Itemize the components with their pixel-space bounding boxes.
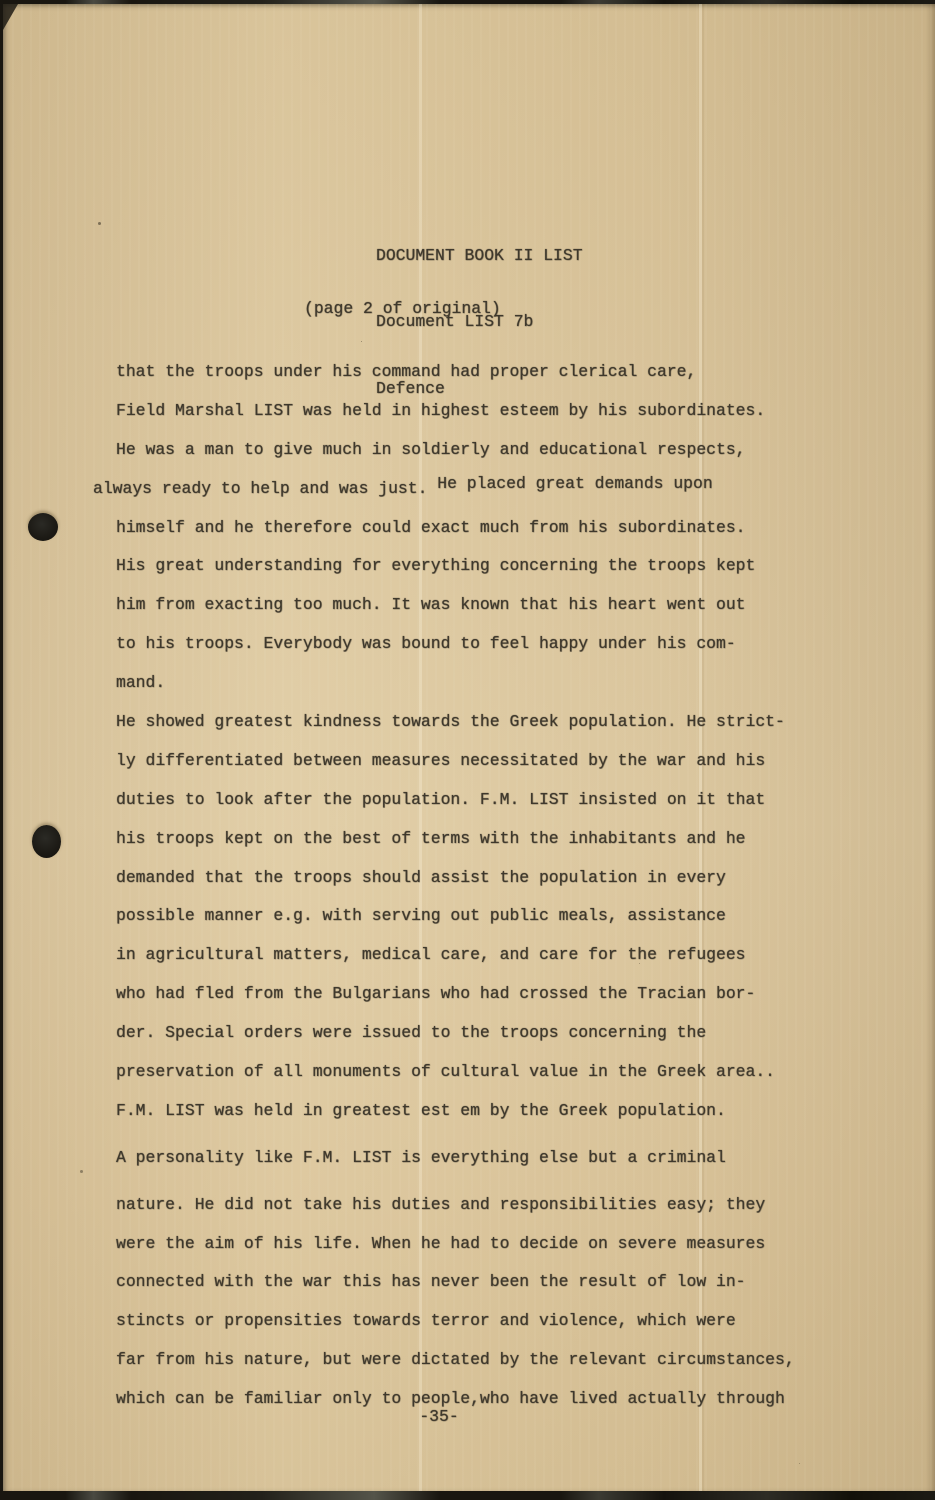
text-line: He was a man to give much in soldierly a…	[116, 431, 795, 470]
text-line: far from his nature, but were dictated b…	[116, 1341, 795, 1380]
text-line: nature. He did not take his duties and r…	[116, 1186, 795, 1225]
document-page: DOCUMENT BOOK II LIST Document LIST 7b D…	[3, 4, 935, 1491]
scan-background: DOCUMENT BOOK II LIST Document LIST 7b D…	[0, 0, 935, 1500]
page-origin-label: (page 2 of original)	[304, 298, 501, 320]
text-line: that the troops under his command had pr…	[116, 353, 795, 392]
text-line: His great understanding for everything c…	[116, 547, 795, 586]
text-line: duties to look after the population. F.M…	[116, 781, 795, 820]
header-line-1: DOCUMENT BOOK II LIST	[376, 245, 583, 267]
text-line: himself and he therefore could exact muc…	[116, 509, 795, 548]
text-line: his troops kept on the best of terms wit…	[116, 820, 795, 859]
body-text: that the troops under his command had pr…	[116, 353, 795, 1419]
hole-punch-top	[28, 513, 58, 541]
text-line: der. Special orders were issued to the t…	[116, 1014, 795, 1053]
text-line: always ready to help and was just. He pl…	[93, 470, 795, 509]
text-line: were the aim of his life. When he had to…	[116, 1225, 795, 1264]
text-line: possible manner e.g. with serving out pu…	[116, 897, 795, 936]
text-line: to his troops. Everybody was bound to fe…	[116, 625, 795, 664]
text-line: He showed greatest kindness towards the …	[116, 703, 795, 742]
page-number-label: -35-	[3, 1406, 875, 1428]
text-line: preservation of all monuments of cultura…	[116, 1053, 795, 1092]
text-line: ly differentiated between measures neces…	[116, 742, 795, 781]
text-line: Field Marshal LIST was held in highest e…	[116, 392, 795, 431]
text-line: stincts or propensities towards terror a…	[116, 1302, 795, 1341]
hole-punch-bottom	[32, 825, 61, 858]
text-line: connected with the war this has never be…	[116, 1263, 795, 1302]
text-line: who had fled from the Bulgarians who had…	[116, 975, 795, 1014]
paper-specks	[98, 222, 101, 225]
text-line: mand.	[116, 664, 795, 703]
text-line: him from exacting too much. It was known…	[116, 586, 795, 625]
scan-corner-shadow	[3, 4, 18, 30]
text-line: demanded that the troops should assist t…	[116, 859, 795, 898]
text-line: A personality like F.M. LIST is everythi…	[116, 1139, 795, 1178]
text-line-raised-segment: He placed great demands upon	[427, 474, 712, 493]
text-line: F.M. LIST was held in greatest est em by…	[116, 1092, 795, 1131]
text-line: in agricultural matters, medical care, a…	[116, 936, 795, 975]
